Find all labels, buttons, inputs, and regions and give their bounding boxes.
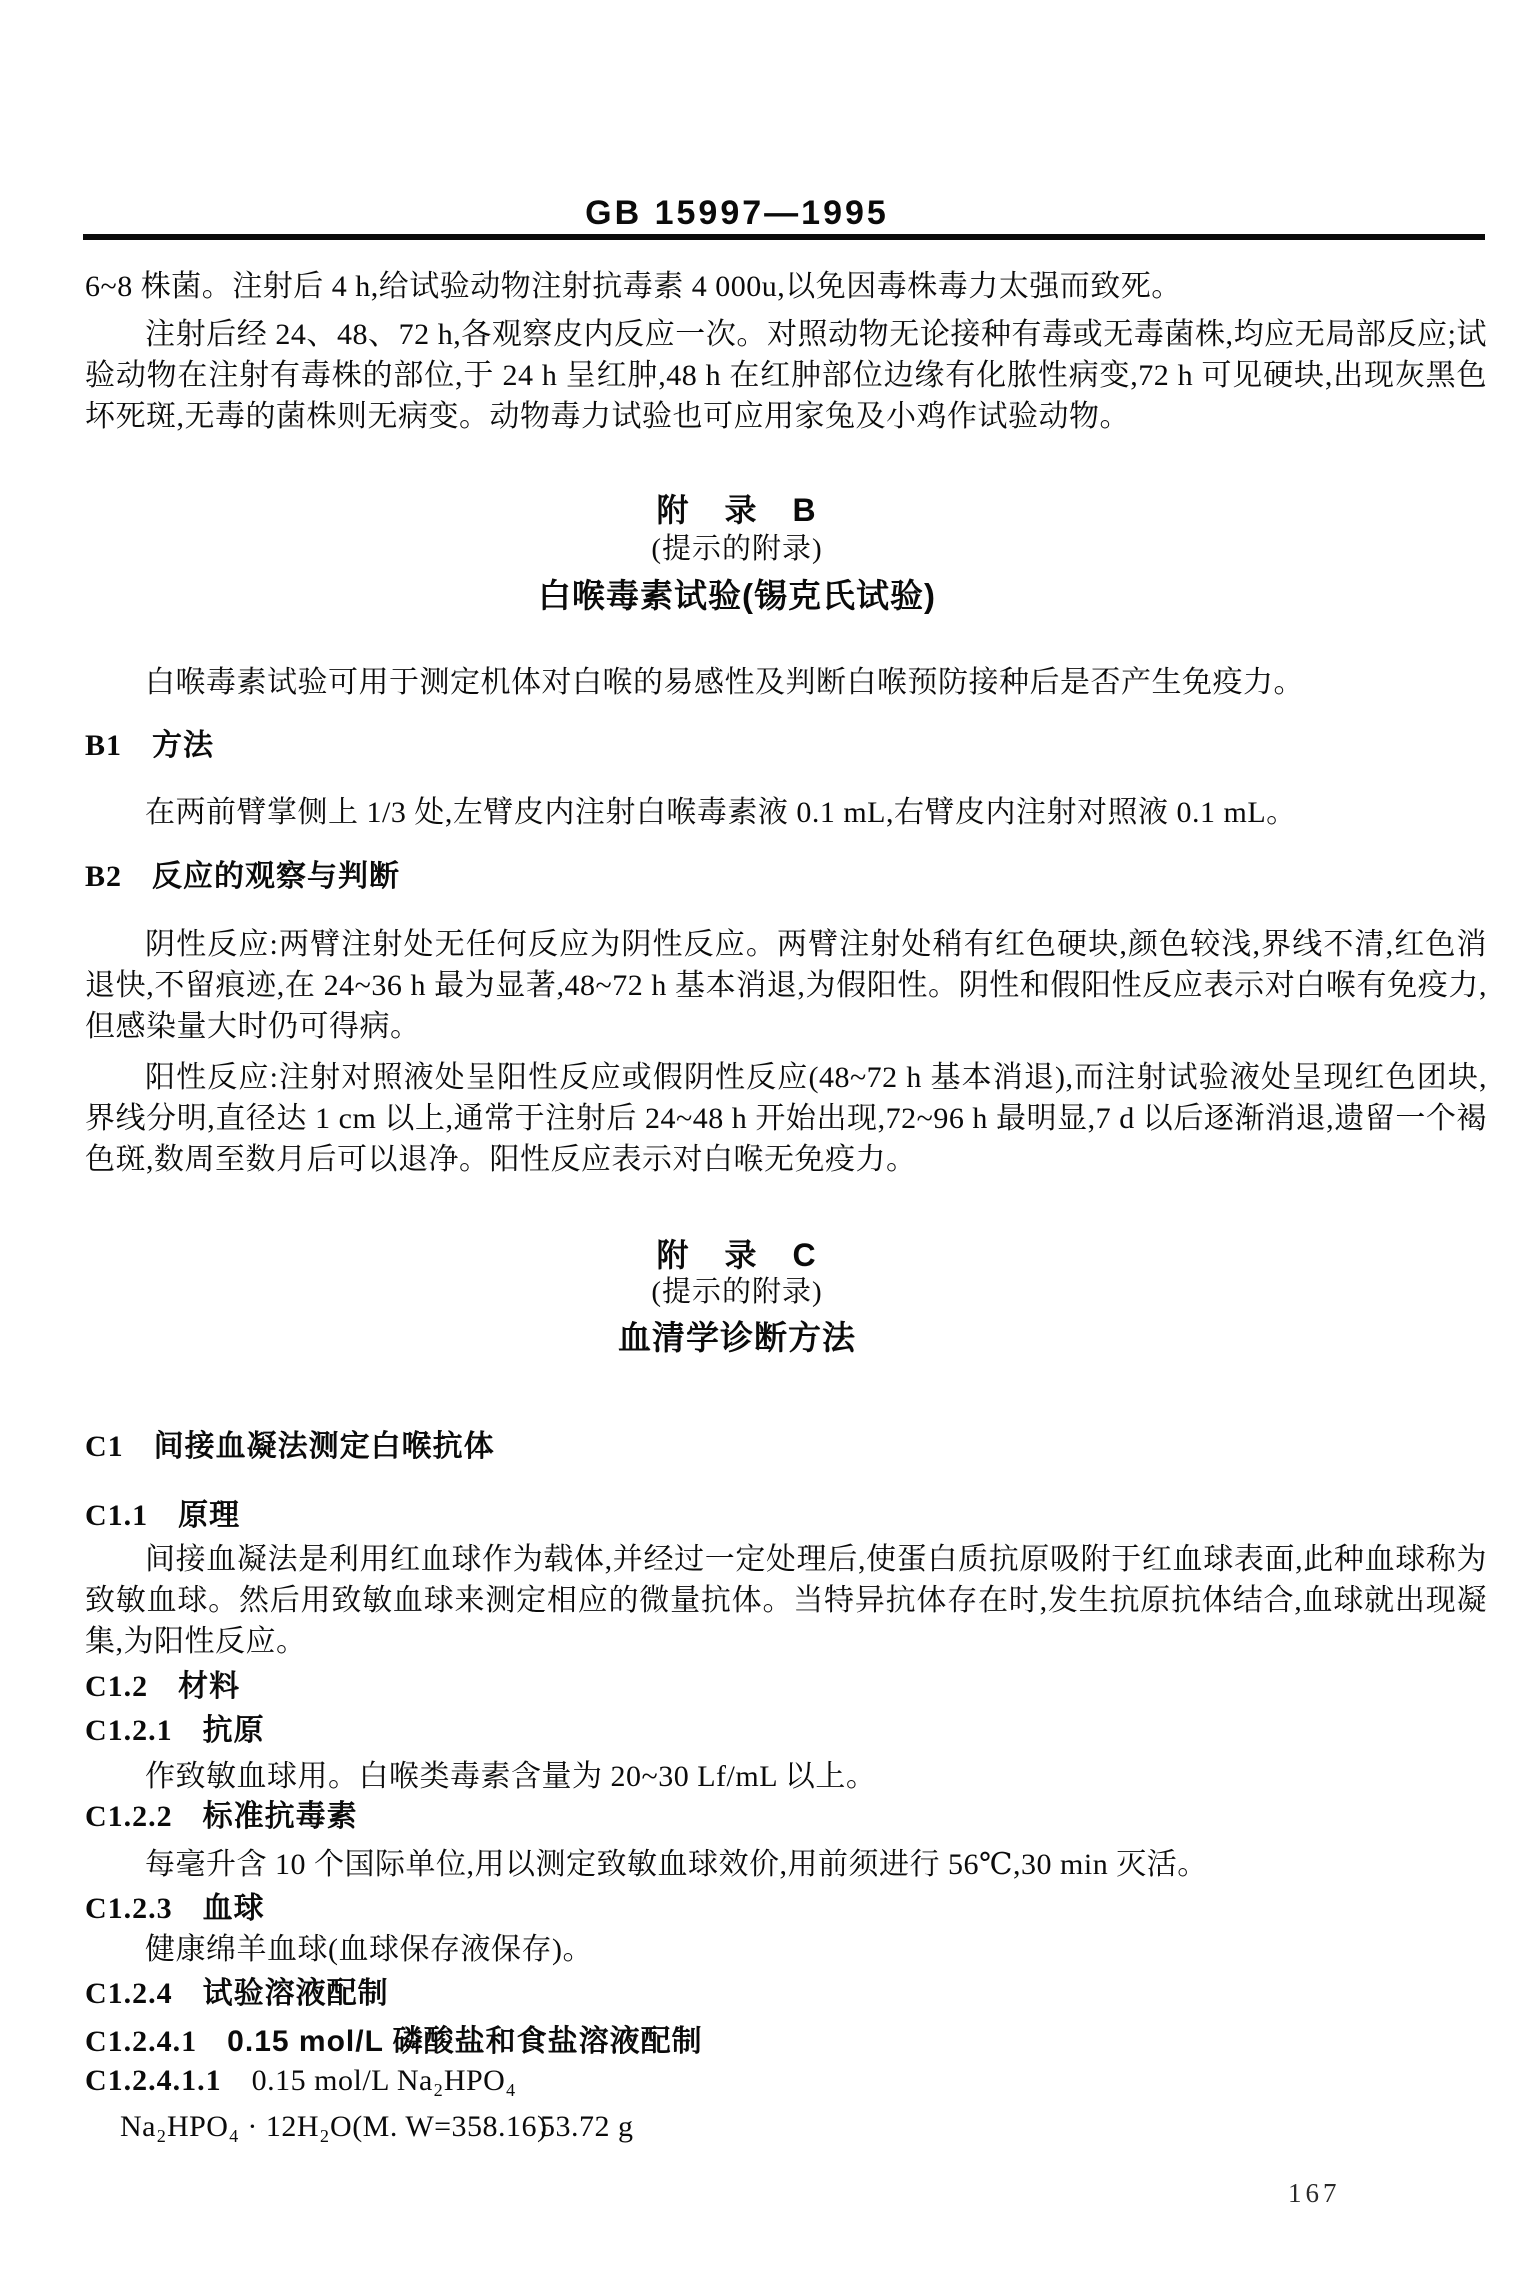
- appendix-c-subtitle: (提示的附录): [0, 1278, 1474, 1307]
- section-heading-c1-2-1: C1.2.1抗原: [85, 1716, 265, 1746]
- section-heading-c1-2: C1.2材料: [85, 1672, 240, 1702]
- section-heading-c1-1: C1.1原理: [85, 1501, 240, 1531]
- appendix-c-title: 附 录 C: [0, 1239, 1474, 1271]
- section-number-c1: C1: [85, 1430, 124, 1463]
- paragraph-principle: 间接血凝法是利用红血球作为载体,并经过一定处理后,使蛋白质抗原吸附于红血球表面,…: [85, 1539, 1487, 1662]
- section-b1-text: 在两前臂掌侧上 1/3 处,左臂皮内注射白喉毒素液 0.1 mL,右臂皮内注射对…: [145, 798, 1297, 828]
- section-heading-c1: C1间接血凝法测定白喉抗体: [85, 1432, 495, 1462]
- section-number-c1-2-1: C1.2.1: [85, 1714, 173, 1747]
- section-number-c1-2-4-1-1: C1.2.4.1.1: [85, 2064, 222, 2097]
- section-title-c1-2-1: 抗原: [203, 1714, 265, 1747]
- section-number-c1-1: C1.1: [85, 1499, 148, 1532]
- appendix-b-title: 附 录 B: [0, 494, 1474, 526]
- section-title-c1-1: 原理: [178, 1499, 240, 1532]
- appendix-b-name: 白喉毒素试验(锡克氏试验): [0, 579, 1474, 612]
- appendix-c-name: 血清学诊断方法: [0, 1321, 1474, 1354]
- section-heading-b1: B1方法: [85, 731, 214, 761]
- section-c1-2-1-text: 作致敏血球用。白喉类毒素含量为 20~30 Lf/mL 以上。: [145, 1762, 876, 1792]
- section-number-c1-2-4: C1.2.4: [85, 1977, 173, 2010]
- section-number-c1-2-4-1: C1.2.4.1: [85, 2025, 197, 2058]
- section-title-c1-2-3: 血球: [203, 1892, 265, 1925]
- reagent-amount: 53.72 g: [540, 2112, 634, 2142]
- section-heading-b2: B2反应的观察与判断: [85, 862, 400, 892]
- section-heading-c1-2-4: C1.2.4试验溶液配制: [85, 1979, 389, 2009]
- section-heading-c1-2-4-1: C1.2.4.10.15 mol/L 磷酸盐和食盐溶液配制: [85, 2027, 703, 2057]
- section-c1-2-2-text: 每毫升含 10 个国际单位,用以测定致敏血球效价,用前须进行 56℃,30 mi…: [145, 1850, 1208, 1880]
- page-number: 167: [1288, 2180, 1341, 2207]
- section-title-c1-2-4: 试验溶液配制: [203, 1977, 389, 2010]
- document-page: GB 15997—1995 6~8 株菌。注射后 4 h,给试验动物注射抗毒素 …: [0, 0, 1536, 2285]
- section-title-c1-2-2: 标准抗毒素: [203, 1800, 358, 1833]
- paragraph-observation: 注射后经 24、48、72 h,各观察皮内反应一次。对照动物无论接种有毒或无毒菌…: [85, 314, 1487, 437]
- header-rule: [83, 234, 1485, 240]
- appendix-b-intro: 白喉毒素试验可用于测定机体对白喉的易感性及判断白喉预防接种后是否产生免疫力。: [145, 668, 1304, 698]
- section-number-c1-2: C1.2: [85, 1670, 148, 1703]
- section-c1-2-3-text: 健康绵羊血球(血球保存液保存)。: [145, 1935, 593, 1965]
- appendix-b-subtitle: (提示的附录): [0, 535, 1474, 564]
- section-title-c1-2: 材料: [178, 1670, 240, 1703]
- section-title-c1-2-4-1-1: 0.15 mol/L Na₂HPO₄: [252, 2064, 517, 2097]
- standard-code: GB 15997—1995: [0, 196, 1474, 230]
- section-number-c1-2-2: C1.2.2: [85, 1800, 173, 1833]
- section-title-b1: 方法: [152, 729, 214, 762]
- section-number-b1: B1: [85, 729, 122, 762]
- section-title-b2: 反应的观察与判断: [152, 860, 400, 893]
- section-heading-c1-2-4-1-1: C1.2.4.1.10.15 mol/L Na₂HPO₄: [85, 2066, 516, 2096]
- section-number-b2: B2: [85, 860, 122, 893]
- section-title-c1-2-4-1: 0.15 mol/L 磷酸盐和食盐溶液配制: [227, 2025, 703, 2058]
- paragraph-continuation: 6~8 株菌。注射后 4 h,给试验动物注射抗毒素 4 000u,以免因毒株毒力…: [85, 272, 1182, 302]
- section-heading-c1-2-2: C1.2.2标准抗毒素: [85, 1802, 358, 1832]
- paragraph-negative-reaction: 阴性反应:两臂注射处无任何反应为阴性反应。两臂注射处稍有红色硬块,颜色较浅,界线…: [85, 924, 1487, 1047]
- section-heading-c1-2-3: C1.2.3血球: [85, 1894, 265, 1924]
- paragraph-positive-reaction: 阳性反应:注射对照液处呈阳性反应或假阴性反应(48~72 h 基本消退),而注射…: [85, 1057, 1487, 1180]
- section-title-c1: 间接血凝法测定白喉抗体: [154, 1430, 495, 1463]
- section-number-c1-2-3: C1.2.3: [85, 1892, 173, 1925]
- reagent-formula: Na₂HPO₄ · 12H₂O(M. W=358.16): [120, 2112, 548, 2142]
